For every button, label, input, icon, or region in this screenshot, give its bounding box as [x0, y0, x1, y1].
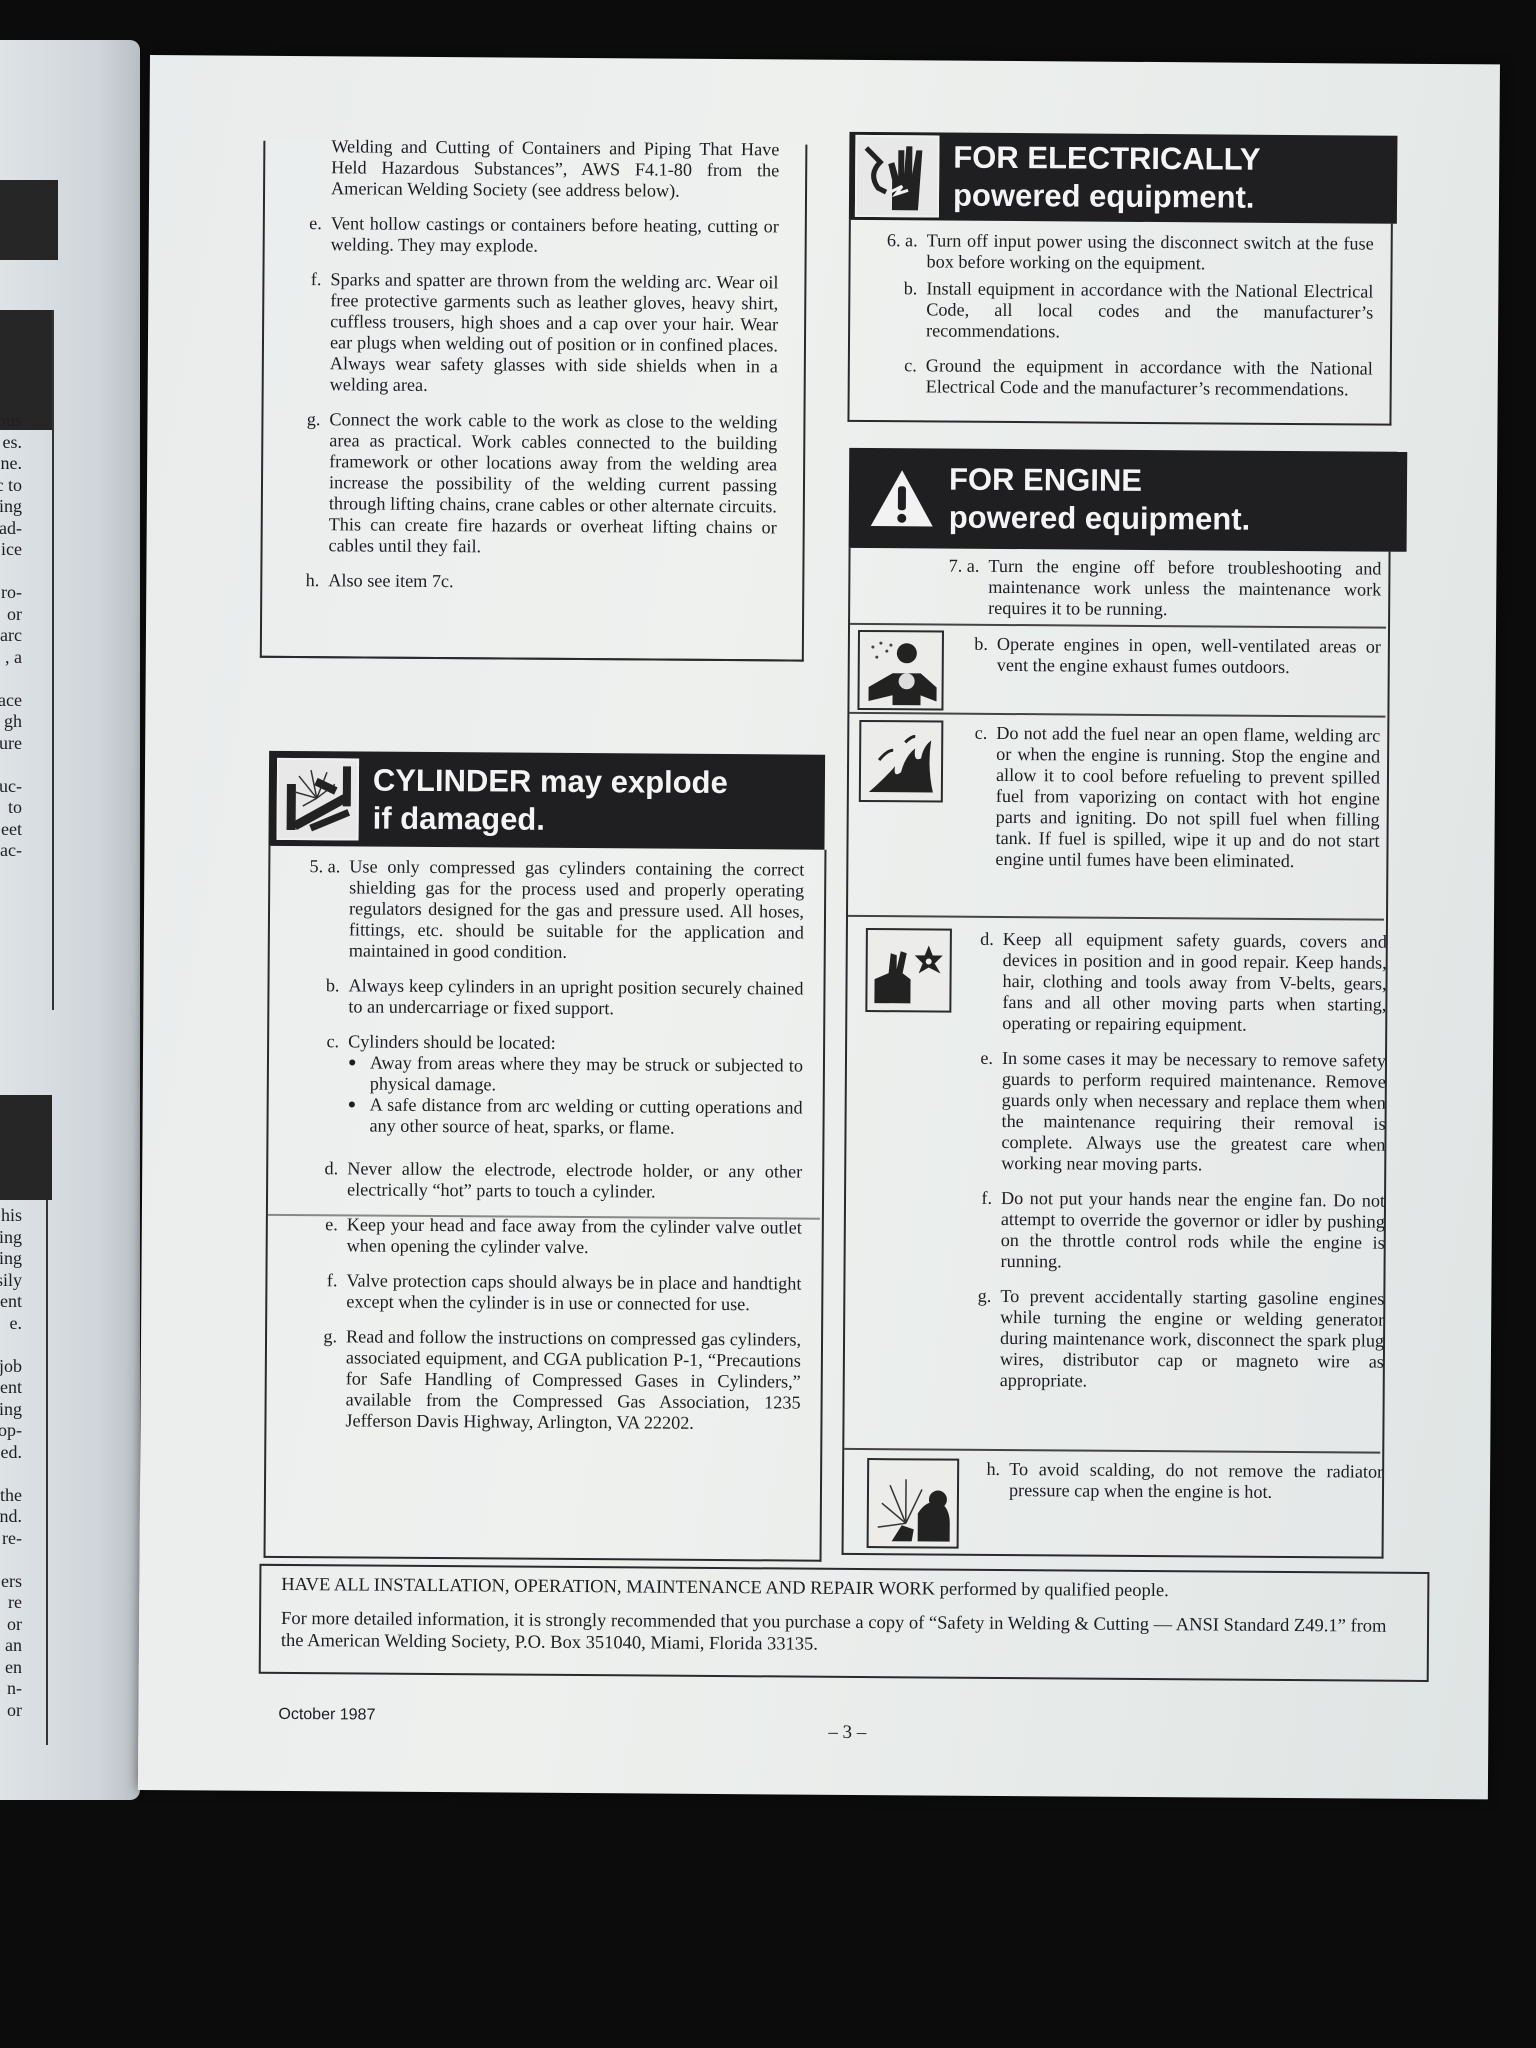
engine-warning-banner: FOR ENGINE powered equipment. — [849, 448, 1408, 552]
text-fragment: e. — [0, 1313, 22, 1335]
text-fragment: ing — [0, 1227, 22, 1249]
cylinder-items: 5. a. Use only compressed gas cylinders … — [270, 856, 804, 1449]
list-item: f. Valve protection caps should always b… — [271, 1270, 801, 1316]
text-fragment: his — [0, 1205, 22, 1227]
list-item: e. In some cases it may be necessary to … — [960, 1048, 1386, 1177]
list-item: b. Always keep cylinders in an upright p… — [273, 975, 803, 1021]
text-fragment: or — [0, 1614, 22, 1636]
text-fragment — [0, 561, 22, 583]
text-fragment: an — [0, 1635, 22, 1657]
qualified-people-notice: HAVE ALL INSTALLATION, OPERATION, MAINTE… — [259, 1564, 1430, 1682]
fire-flame-icon — [859, 720, 944, 803]
cylinder-warning-title: CYLINDER may explode if damaged. — [359, 761, 728, 840]
text-fragment: c to — [0, 475, 22, 497]
list-item: c. Cylinders should be located: ● Away f… — [272, 1031, 803, 1140]
left-page-text-fragments: hisingingsilyente. jobentlingop-sed. the… — [0, 1205, 22, 1721]
text-fragment: uc- — [0, 776, 22, 798]
fumes-inhalation-icon — [857, 630, 944, 711]
text-fragment — [0, 1334, 22, 1356]
cylinder-warning-banner: CYLINDER may explode if damaged. — [268, 751, 825, 850]
list-item: b. Operate engines in open, well-ventila… — [956, 634, 1381, 679]
left-facing-page: ouses.ne.c toingad-ice ro-orarc, a acegh… — [0, 40, 140, 1800]
text-fragment: or — [0, 604, 22, 626]
text-fragment — [0, 754, 22, 776]
text-fragment: the — [0, 1485, 22, 1507]
text-fragment: ent — [0, 1377, 22, 1399]
list-item: 7. a. Turn the engine off before trouble… — [941, 556, 1381, 622]
list-item: Welding and Cutting of Containers and Pi… — [289, 136, 779, 202]
text-fragment: to — [0, 797, 22, 819]
bullet-icon: ● — [348, 1052, 370, 1094]
text-fragment: or — [0, 1700, 22, 1722]
text-fragment: ing — [0, 1248, 22, 1270]
list-item: g. Read and follow the instructions on c… — [270, 1326, 801, 1435]
text-fragment: ad- — [0, 518, 22, 540]
left-page-banner — [0, 180, 58, 260]
exploding-cylinder-icon — [277, 757, 360, 840]
text-fragment: ous — [0, 410, 22, 432]
bullet-item: ● A safe distance from arc welding or cu… — [347, 1094, 802, 1139]
list-item: f. Do not put your hands near the engine… — [960, 1188, 1386, 1275]
engine-item-b: b. Operate engines in open, well-ventila… — [956, 634, 1381, 693]
text-fragment: ice — [0, 539, 22, 561]
list-item: e. Keep your head and face away from the… — [272, 1214, 802, 1260]
text-fragment: ure — [0, 733, 22, 755]
list-item: b. Install equipment in accordance with … — [853, 278, 1373, 345]
text-fragment: ne. — [0, 453, 22, 475]
list-item: f. Sparks and spatter are thrown from th… — [288, 269, 779, 398]
text-fragment: eet — [0, 819, 22, 841]
notice-line-1: HAVE ALL INSTALLATION, OPERATION, MAINTE… — [281, 1574, 1407, 1604]
text-fragment — [0, 1549, 22, 1571]
bullet-icon: ● — [347, 1094, 369, 1136]
text-fragment: es. — [0, 432, 22, 454]
text-fragment: sed. — [0, 1442, 22, 1464]
bullet-item: ● Away from areas where they may be stru… — [348, 1052, 803, 1097]
notice-line-2: For more detailed information, it is str… — [281, 1608, 1407, 1660]
list-item: 6. a. Turn off input power using the dis… — [854, 230, 1374, 276]
electrical-warning-banner: FOR ELECTRICALLY powered equipment. — [849, 132, 1398, 224]
text-fragment: ent — [0, 1291, 22, 1313]
text-fragment: ling — [0, 1399, 22, 1421]
list-item: g. To prevent accidentally starting gaso… — [959, 1286, 1385, 1394]
text-fragment — [0, 668, 22, 690]
list-item: c. Ground the equipment in accordance wi… — [853, 355, 1373, 401]
engine-item-a: 7. a. Turn the engine off before trouble… — [941, 556, 1382, 636]
list-item: 5. a. Use only compressed gas cylinders … — [274, 856, 805, 965]
list-item: g. Connect the work cable to the work as… — [287, 409, 778, 559]
text-fragment: gh — [0, 711, 22, 733]
electrical-items: 6. a. Turn off input power using the dis… — [853, 230, 1374, 415]
text-fragment: , a — [0, 647, 22, 669]
section4-items: Welding and Cutting of Containers and Pi… — [286, 136, 779, 608]
text-fragment: nd. — [0, 1506, 22, 1528]
text-fragment: ac- — [0, 840, 22, 862]
text-fragment: job — [0, 1356, 22, 1378]
manual-page: Welding and Cutting of Containers and Pi… — [138, 55, 1500, 1799]
engine-items-d-to-g: d. Keep all equipment safety guards, cov… — [959, 929, 1387, 1408]
electrical-warning-title: FOR ELECTRICALLY powered equipment. — [939, 139, 1261, 217]
engine-warning-title: FOR ENGINE powered equipment. — [935, 460, 1251, 538]
text-fragment: ers — [0, 1571, 22, 1593]
text-fragment — [0, 1463, 22, 1485]
page-number: – 3 – — [828, 1722, 866, 1744]
text-fragment: re- — [0, 1528, 22, 1550]
text-fragment: arc — [0, 625, 22, 647]
engine-item-c: c. Do not add the fuel near an open flam… — [954, 723, 1380, 887]
engine-item-h: h. To avoid scalding, do not remove the … — [968, 1459, 1383, 1518]
list-item: d. Keep all equipment safety guards, cov… — [961, 929, 1387, 1037]
electric-shock-hand-icon — [855, 135, 940, 218]
text-fragment: ing — [0, 496, 22, 518]
scalding-steam-icon — [867, 1458, 960, 1549]
list-item: h. Also see item 7c. — [286, 570, 776, 594]
text-fragment: n- — [0, 1678, 22, 1700]
left-page-text-fragments: ouses.ne.c toingad-ice ro-orarc, a acegh… — [0, 410, 22, 862]
text-fragment: ro- — [0, 582, 22, 604]
text-fragment: ace — [0, 690, 22, 712]
text-fragment: sily — [0, 1270, 22, 1292]
list-item: e. Vent hollow castings or containers be… — [289, 213, 779, 258]
text-fragment: en — [0, 1657, 22, 1679]
moving-parts-hand-icon — [865, 928, 952, 1013]
list-item: c. Do not add the fuel near an open flam… — [954, 723, 1380, 873]
text-fragment: op- — [0, 1420, 22, 1442]
list-item: d. Never allow the electrode, electrode … — [272, 1158, 802, 1204]
warning-triangle-icon — [869, 468, 935, 528]
list-item: h. To avoid scalding, do not remove the … — [968, 1459, 1383, 1504]
text-fragment: re — [0, 1592, 22, 1614]
left-page-banner — [0, 1095, 52, 1200]
publication-date: October 1987 — [278, 1706, 375, 1725]
